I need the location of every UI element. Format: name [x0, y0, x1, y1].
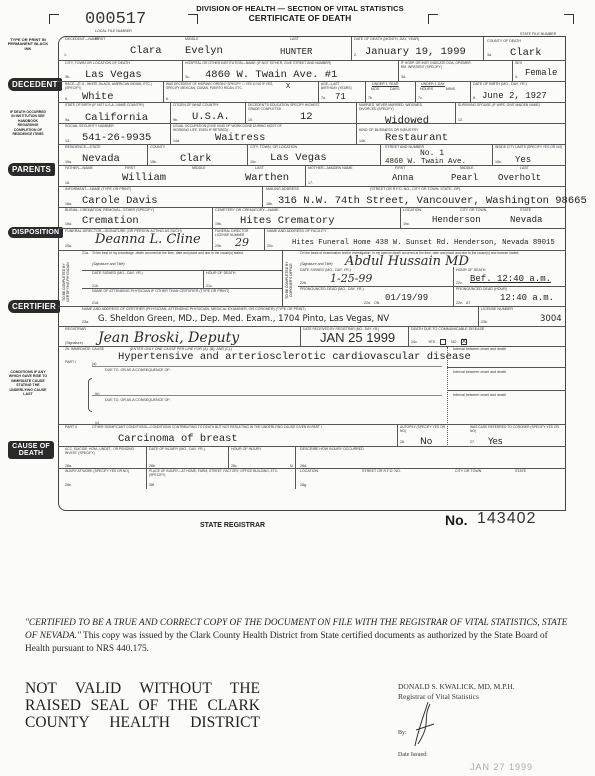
certifier-license: 3004 [540, 314, 562, 325]
injury-hour-label: HOUR OF INJURY [231, 447, 261, 451]
residence-county-label: COUNTY [150, 145, 165, 149]
certifier-name-label: NAME AND ADDRESS OF CERTIFIER (PHYSICIAN… [82, 307, 306, 311]
marital-label: MARRIED, NEVER MARRIED, WIDOWED, DIVORCE… [359, 103, 434, 111]
decedent-middle-name: Evelyn [185, 46, 223, 57]
father-last: Warthen [245, 173, 289, 184]
section-cause-of-death: CAUSE OF DEATH [8, 441, 54, 459]
local-file-number-label: LOCAL FILE NUMBER [95, 29, 132, 33]
father-first: William [122, 173, 166, 184]
communicable-no-label: NO [451, 340, 456, 344]
first-label: First [125, 166, 135, 170]
informant-label: INFORMANT—NAME (Type or Print) [65, 187, 131, 191]
date-received-stamp: JAN 25 1999 [320, 330, 395, 345]
pronounced-hour: 12:40 a.m. [500, 293, 554, 304]
residence-city-label: CITY, TOWN, OR LOCATION [250, 145, 297, 149]
middle-label: Middle [192, 166, 206, 170]
last-label: Last [520, 166, 529, 170]
local-file-number: 000517 [85, 10, 146, 29]
decedent-last-name: HUNTER [280, 47, 312, 58]
citizen: U.S.A. [192, 112, 230, 123]
city-of-death-label: CITY, TOWN OR LOCATION OF DEATH [65, 61, 130, 65]
pronounced-at: AT [466, 301, 470, 305]
section-certifier: CERTIFIER [8, 300, 60, 313]
father-label: FATHER—NAME [65, 166, 93, 170]
birth-state-label: STATE OF BIRTH (If not U.S.A., name coun… [65, 103, 175, 107]
hospital-status-label: If Hosp. or Inst. indicate DOA, OP/Emer.… [401, 61, 476, 69]
disposition-method: Cremation [82, 216, 139, 227]
informant-name: Carole Davis [82, 196, 158, 207]
hispanic-no-mark: X [286, 83, 290, 91]
residence-state-label: RESIDENCE—STATE [65, 145, 101, 149]
education: 12 [300, 112, 313, 123]
certification-statement: "CERTIFIED TO BE A TRUE AND CORRECT COPY… [25, 617, 570, 656]
pronounced-date: 01/19/99 [385, 293, 428, 304]
date-issued-stamp: JAN 27 1999 [470, 762, 533, 772]
registrar-signature-mark [410, 700, 440, 750]
pronounced-hour-label: PRONOUNCED DEAD (Hour) [456, 287, 507, 291]
hispanic-origin-label: Was Decedent of Hispanic Origin? Specify… [166, 82, 276, 90]
due-to-label-b: DUE TO, OR AS A CONSEQUENCE OF: [105, 398, 171, 402]
registrar-signature-label: (Signature) [65, 341, 83, 345]
occupation: Waitress [215, 133, 265, 144]
occupation-label: USUAL OCCUPATION (Give Kind of Work Done… [173, 124, 293, 132]
physician-signature-label: (Signature and Title) [92, 262, 125, 266]
hospital: 4860 W. Twain Ave. #1 [205, 70, 337, 81]
city-label: City or Town [460, 208, 486, 212]
county-of-death: Clark [510, 48, 542, 59]
hours-label: HOURS [420, 87, 433, 91]
cemetery-name: Hites Crematory [240, 216, 335, 227]
spouse-label: SURVIVING SPOUSE (If wife, give maiden n… [458, 103, 540, 107]
describe-injury-label: DESCRIBE HOW INJURY OCCURRED [300, 447, 364, 451]
residence-county: Clark [180, 154, 212, 165]
injury-state-label: STATE [515, 469, 526, 473]
last-label: Last [255, 166, 264, 170]
residence-state: Nevada [82, 154, 120, 165]
part-one-label: PART I [65, 360, 76, 364]
other-conditions: Carcinoma of breast [118, 434, 238, 445]
state-registrar-label: STATE REGISTRAR [200, 522, 265, 529]
section-parents: PARENTS [8, 163, 55, 176]
disposition-state: Nevada [510, 215, 542, 226]
header-division: DIVISION OF HEALTH — SECTION OF VITAL ST… [180, 4, 420, 13]
institution-note: IF DEATH OCCURRED IN INSTITUTION SEE HAN… [8, 110, 48, 136]
mins-label: MINS [446, 87, 455, 91]
place-of-injury-label: PLACE OF INJURY—At home, farm, street, f… [149, 469, 289, 477]
education-label: Decedent's Education Specify highest gra… [248, 103, 328, 111]
ssn: 541-26-9935 [82, 133, 151, 144]
coroner-signature: Abdul Hussain MD [345, 254, 469, 269]
seal-notice-line-3: COUNTY HEALTH DISTRICT [25, 714, 260, 731]
injury-city-label: CITY OR TOWN [455, 469, 481, 473]
mother-middle: Pearl [451, 173, 478, 184]
informant-address: 316 N.W. 74th Street, Vancouver, Washing… [278, 196, 587, 207]
mother-last: Overholt [498, 173, 541, 184]
coroner-signature-label: (Signature and Title) [300, 262, 333, 266]
facility: Hites Funeral Home 438 W. Sunset Rd. Hen… [292, 238, 555, 249]
injury-at-work-label: INJURY AT WORK (Specify Yes or No) [65, 469, 140, 473]
mailing-address-label: MAILING ADDRESS [266, 187, 299, 191]
facility-label: NAME AND ADDRESS OF FACILITY [267, 229, 327, 233]
dob-label: DATE OF BIRTH (Mo., Day, Yr.) [473, 82, 527, 86]
communicable-disease-label: DEATH DUE TO COMMUNICABLE DISEASE [411, 327, 484, 331]
attending-physician-label: NAME OF ATTENDING PHYSICIAN IF OTHER THA… [92, 289, 229, 293]
seal-notice-line-1: NOT VALID WITHOUT THE [25, 680, 260, 697]
middle-label: Middle [460, 166, 474, 170]
decedent-first-name: Clara [130, 46, 162, 57]
corner-mark [428, 14, 438, 24]
certificate-number: 143402 [477, 510, 536, 528]
certificate-number-label: No. [445, 512, 468, 528]
middle-label: Middle [185, 37, 199, 41]
race-label: RACE—(e.g., White, Black, American India… [65, 82, 160, 90]
disposition-city: Henderson [432, 215, 481, 226]
coroner-hour-of-death: Bef. 12:40 a.m. [470, 274, 551, 285]
physician-date-signed-label: DATE SIGNED (Mo., Day, Yr.) [92, 271, 143, 275]
registrar-name: DONALD S. KWALICK, MD, M.P.H. [398, 682, 515, 691]
immediate-cause-label: 25. IMMEDIATE CAUSE [65, 347, 104, 351]
seal-notice-line-2: RAISED SEAL OF THE CLARK [25, 697, 260, 714]
communicable-no-checkbox[interactable]: X [461, 339, 467, 345]
decedent-name-label: DECEDENT—NAME [65, 37, 99, 41]
days-label: DAYS [390, 87, 400, 91]
certificate-title: CERTIFICATE OF DEATH [180, 13, 420, 23]
under-1-year-label: UNDER 1 YEAR [372, 82, 399, 86]
manner-of-death-label: ACC. SUICIDE, HOM., UNDET., OR PENDING I… [65, 447, 140, 455]
autopsy-label: AUTOPSY (Specify Yes or No) [400, 425, 446, 433]
injury-date-label: DATE OF INJURY (Mo., Day, Yr.) [149, 447, 205, 451]
sex-label: SEX [515, 61, 522, 65]
cause-line-a: Hypertensive and arteriosclerotic cardio… [118, 352, 471, 363]
cemetery-label: CEMETERY OR CREMATORY—NAME [215, 208, 279, 212]
ssn-label: SOCIAL SECURITY NUMBER [65, 124, 114, 128]
interval-label-c: Interval between onset and death [453, 393, 506, 397]
interval-label-a: Interval between onset and death [453, 347, 506, 351]
under-1-day-label: UNDER 1 DAY [421, 82, 445, 86]
state-label: State [520, 208, 531, 212]
section-decedent: DECEDENT [8, 78, 62, 91]
conditions-note: CONDITIONS IF ANY WHICH GAVE RISE TO IMM… [6, 370, 50, 396]
date-of-birth: June 2, 1927 [482, 91, 547, 102]
hospital-label: HOSPITAL OR OTHER INSTITUTION—Name (If n… [185, 61, 331, 65]
corner-mark [49, 14, 59, 24]
pronounced-on: ON [374, 301, 379, 305]
physician-statement: To the best of my knowledge, death occur… [92, 251, 277, 255]
corner-mark [188, 14, 198, 24]
citizen-label: CITIZEN OF WHAT COUNTRY [173, 103, 238, 107]
seal-notice: NOT VALID WITHOUT THE RAISED SEAL OF THE… [25, 680, 260, 731]
date-issued-label: Date Issued: [398, 752, 428, 758]
county-of-death-label: COUNTY OF DEATH [487, 39, 521, 43]
coroner-hour-label: HOUR OF DEATH [456, 268, 485, 272]
date-of-death-label: DATE OF DEATH (Month, Day, Year) [354, 37, 419, 41]
disposition-method-label: BURIAL, CREMATION, REMOVAL, OTHER (Speci… [65, 208, 154, 212]
first-label: First [395, 166, 405, 170]
pronounced-date-label: PRONOUNCED DEAD (Mo., Day, Yr.) [300, 287, 364, 291]
industry: Restaurant [385, 133, 448, 144]
coroner-side-label: To be Completed By Coroner's Office [285, 260, 293, 300]
residence-city: Las Vegas [270, 153, 327, 164]
section-disposition: DISPOSITION [8, 227, 63, 238]
communicable-yes-label: YES [428, 340, 435, 344]
other-conditions-label: OTHER SIGNIFICANT CONDITIONS—Conditions … [92, 425, 322, 429]
corner-mark [564, 14, 574, 24]
registrar-signature: Jean Broski, Deputy [98, 330, 239, 346]
mother-first: Anna [392, 173, 414, 184]
certifier-license-label: LICENSE NUMBER [481, 307, 513, 311]
first-label: First [95, 37, 105, 41]
age-label: AGE—Last Birthday (Years) [321, 82, 353, 90]
coroner-date-signed: 1-25-99 [330, 272, 372, 285]
mother-label: MOTHER—MAIDEN NAME [308, 166, 353, 170]
injury-street-label: STREET OR R.F.D. No. [362, 469, 401, 473]
interval-label-b: Interval between onset and death [453, 370, 506, 374]
mos-label: MOS [371, 87, 379, 91]
location-label: LOCATION [403, 208, 421, 212]
coroner-referral-label: WAS CASE REFERRED TO CORONER (Specify Ye… [470, 425, 562, 433]
registrar-label: REGISTRAR [65, 327, 86, 331]
director-license: 29 [235, 236, 249, 249]
marital-status: Widowed [385, 116, 429, 127]
due-to-label-a: DUE TO, OR AS A CONSEQUENCE OF: [105, 368, 171, 372]
certifier-name-address: G. Sheldon Green, MD., Dep. Med. Exam., … [98, 314, 389, 325]
part-two-label: PART II [65, 425, 77, 429]
type-print-note: TYPE OR PRINT IN PERMANENT BLACK INK [6, 38, 50, 51]
physician-hour-label: HOUR OF DEATH [206, 271, 235, 275]
funeral-director-signature: Deanna L. Cline [95, 232, 201, 247]
by-label: By: [398, 730, 407, 736]
certification-body: This copy was issued by the Clark County… [25, 631, 548, 654]
residence-street-label: STREET AND NUMBER [385, 145, 424, 149]
inside-city-label: INSIDE CITY LIMITS (Specify Yes or No) [495, 145, 565, 149]
last-label: Last [290, 37, 299, 41]
date-of-death: January 19, 1999 [365, 47, 466, 58]
communicable-yes-checkbox[interactable] [440, 339, 446, 345]
sex: Female [525, 68, 557, 79]
injury-location-label: LOCATION [300, 469, 318, 473]
address-hint: (Street or R.F.D. No., City or Town, Sta… [370, 187, 460, 191]
city-of-death: Las Vegas [85, 70, 142, 81]
physician-side-label: To be Completed By CERTIFYING PHYSICIAN [62, 260, 70, 305]
